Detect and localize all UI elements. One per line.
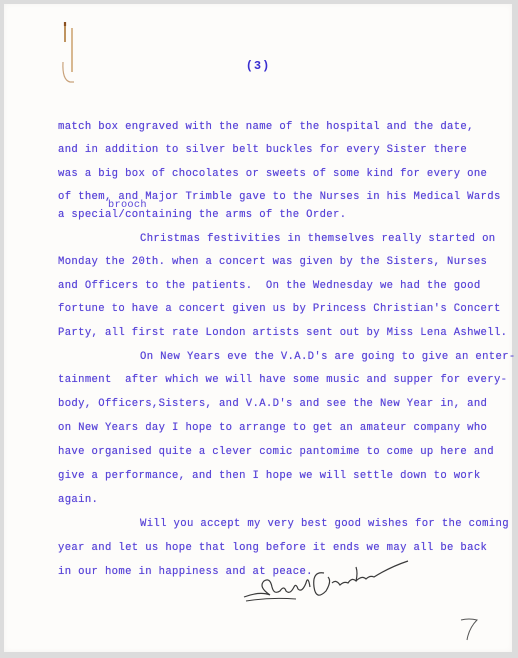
text-line: on New Years day I hope to arrange to ge… xyxy=(58,422,487,434)
text-line: give a performance, and then I hope we w… xyxy=(58,470,481,482)
text-line: match box engraved with the name of the … xyxy=(58,121,474,133)
folio-number-mark: 7 xyxy=(459,616,479,642)
text-line: fortune to have a concert given us by Pr… xyxy=(58,303,501,315)
text-line: Monday the 20th. when a concert was give… xyxy=(58,256,487,268)
text-line: have organised quite a clever comic pant… xyxy=(58,446,494,458)
text-line: year and let us hope that long before it… xyxy=(58,542,487,554)
text-line: Christmas festivities in themselves real… xyxy=(140,233,496,245)
text-line: a special/containing the arms of the Ord… xyxy=(58,209,346,221)
text-line: On New Years eve the V.A.D's are going t… xyxy=(140,351,516,363)
paperclip-mark-icon xyxy=(60,20,76,84)
text-line: and Officers to the patients. On the Wed… xyxy=(58,280,481,292)
handwritten-signature: Stewart Gordon xyxy=(240,557,410,609)
text-line: tainment after which we will have some m… xyxy=(58,374,507,386)
text-line: Party, all first rate London artists sen… xyxy=(58,327,507,339)
text-line: body, Officers,Sisters, and V.A.D's and … xyxy=(58,398,487,410)
document-page: (3) match box engraved with the name of … xyxy=(4,4,512,652)
text-line: and in addition to silver belt buckles f… xyxy=(58,144,467,156)
text-line: again. xyxy=(58,494,98,506)
page-number: (3) xyxy=(4,59,512,73)
text-line: Will you accept my very best good wishes… xyxy=(140,518,509,530)
text-line: was a big box of chocolates or sweets of… xyxy=(58,168,487,180)
